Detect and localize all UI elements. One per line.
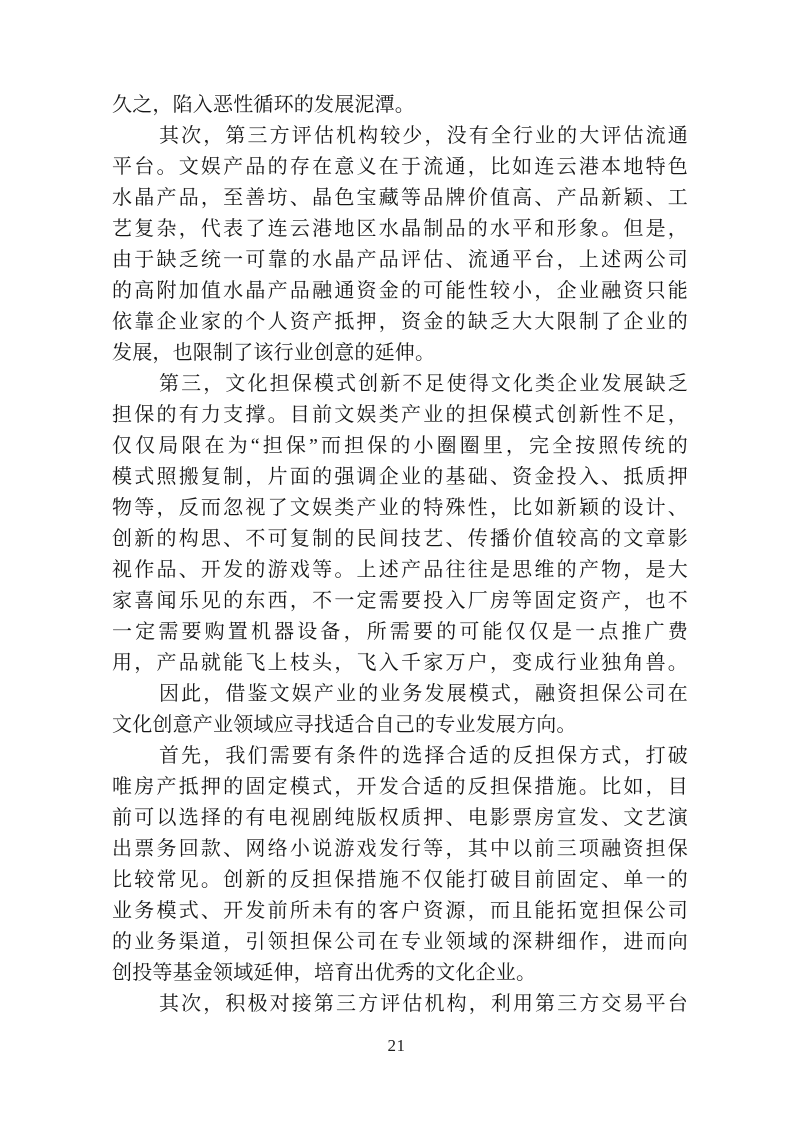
text-line: 平台。文娱产品的存在意义在于流通，比如连云港本地特色: [112, 152, 688, 183]
text-line: 创投等基金领域延伸，培育出优秀的文化企业。: [112, 958, 688, 989]
text-line: 久之，陷入恶性循环的发展泥潭。: [112, 90, 688, 121]
text-block: 久之，陷入恶性循环的发展泥潭。其次，第三方评估机构较少，没有全行业的大评估流通平…: [112, 90, 688, 1020]
text-line: 艺复杂，代表了连云港地区水晶制品的水平和形象。但是，: [112, 214, 688, 245]
text-line: 家喜闻乐见的东西，不一定需要投入厂房等固定资产，也不: [112, 586, 688, 617]
text-line: 视作品、开发的游戏等。上述产品往往是思维的产物，是大: [112, 555, 688, 586]
text-line: 仅仅局限在为“担保”而担保的小圈圈里，完全按照传统的: [112, 431, 688, 462]
text-line: 由于缺乏统一可靠的水晶产品评估、流通平台，上述两公司: [112, 245, 688, 276]
text-line: 物等，反而忽视了文娱类产业的特殊性，比如新颖的设计、: [112, 493, 688, 524]
text-line: 第三，文化担保模式创新不足使得文化类企业发展缺乏: [112, 369, 688, 400]
document-page: 久之，陷入恶性循环的发展泥潭。其次，第三方评估机构较少，没有全行业的大评估流通平…: [0, 0, 793, 1122]
text-line: 水晶产品，至善坊、晶色宝藏等品牌价值高、产品新颖、工: [112, 183, 688, 214]
text-line: 的业务渠道，引领担保公司在专业领域的深耕细作，进而向: [112, 927, 688, 958]
text-line: 担保的有力支撑。目前文娱类产业的担保模式创新性不足，: [112, 400, 688, 431]
text-line: 唯房产抵押的固定模式，开发合适的反担保措施。比如，目: [112, 772, 688, 803]
text-line: 一定需要购置机器设备，所需要的可能仅仅是一点推广费: [112, 617, 688, 648]
text-line: 文化创意产业领域应寻找适合自己的专业发展方向。: [112, 710, 688, 741]
text-line: 出票务回款、网络小说游戏发行等，其中以前三项融资担保: [112, 834, 688, 865]
text-line: 发展，也限制了该行业创意的延伸。: [112, 338, 688, 369]
text-line: 其次，第三方评估机构较少，没有全行业的大评估流通: [112, 121, 688, 152]
text-line: 比较常见。创新的反担保措施不仅能打破目前固定、单一的: [112, 865, 688, 896]
text-line: 业务模式、开发前所未有的客户资源，而且能拓宽担保公司: [112, 896, 688, 927]
text-line: 模式照搬复制，片面的强调企业的基础、资金投入、抵质押: [112, 462, 688, 493]
text-line: 依靠企业家的个人资产抵押，资金的缺乏大大限制了企业的: [112, 307, 688, 338]
text-line: 因此，借鉴文娱产业的业务发展模式，融资担保公司在: [112, 679, 688, 710]
text-line: 创新的构思、不可复制的民间技艺、传播价值较高的文章影: [112, 524, 688, 555]
page-number: 21: [0, 1036, 793, 1056]
text-line: 首先，我们需要有条件的选择合适的反担保方式，打破: [112, 741, 688, 772]
text-line: 的高附加值水晶产品融通资金的可能性较小，企业融资只能: [112, 276, 688, 307]
text-line: 前可以选择的有电视剧纯版权质押、电影票房宣发、文艺演: [112, 803, 688, 834]
text-line: 用，产品就能飞上枝头，飞入千家万户，变成行业独角兽。: [112, 648, 688, 679]
text-line: 其次，积极对接第三方评估机构，利用第三方交易平台: [112, 989, 688, 1020]
